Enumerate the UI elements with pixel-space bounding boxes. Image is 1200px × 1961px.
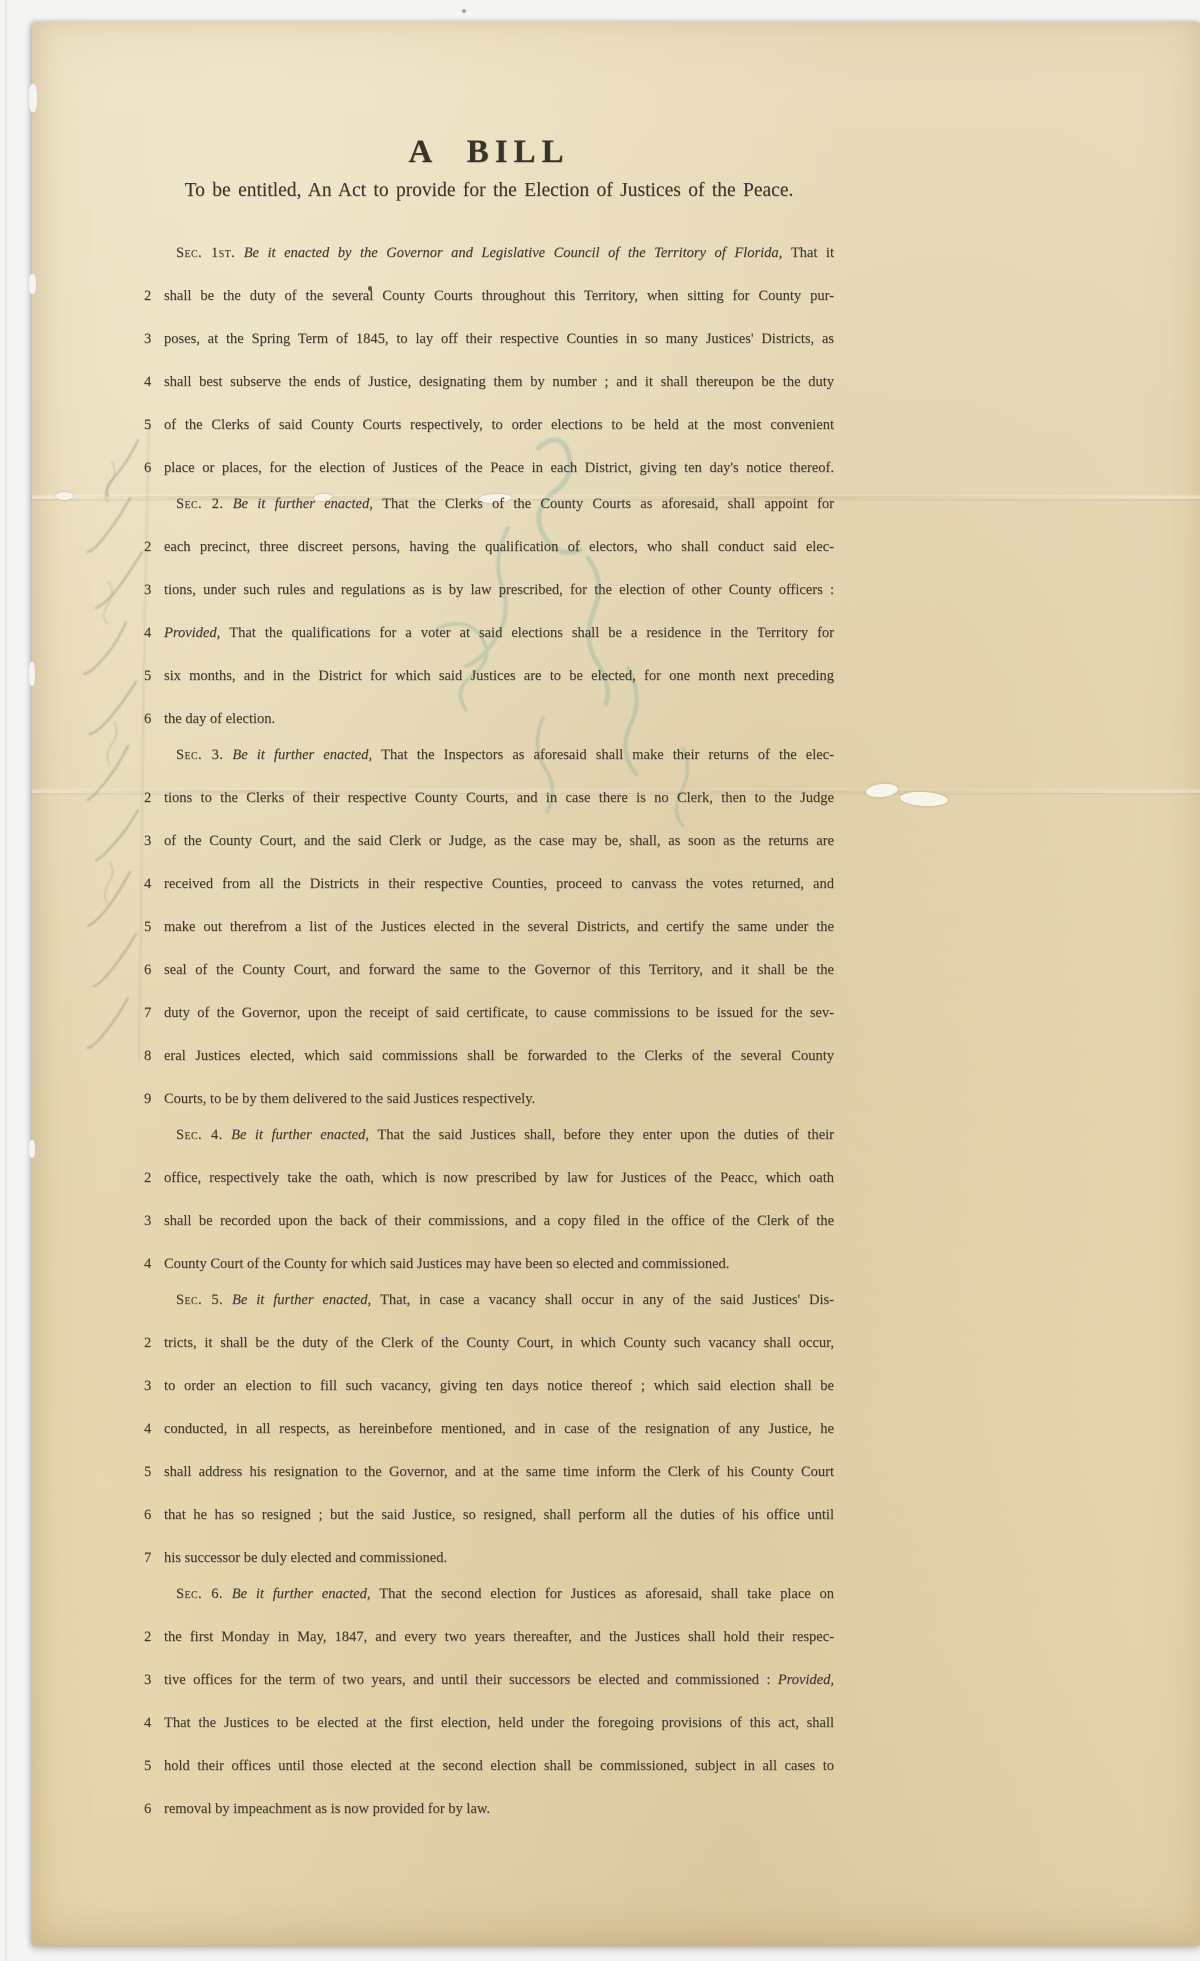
bill-text-block: A BILL To be entitled, An Act to provide… bbox=[144, 134, 834, 1831]
bill-line: 5make out therefrom a list of the Justic… bbox=[144, 906, 834, 949]
line-number: 3 bbox=[144, 820, 160, 863]
section-label: Sec. 5. bbox=[176, 1292, 223, 1308]
line-number: 2 bbox=[144, 1616, 160, 1659]
bill-line: 6that he has so resigned ; but the said … bbox=[144, 1494, 834, 1537]
bill-line: 2tions to the Clerks of their respective… bbox=[144, 777, 834, 820]
tear-mark bbox=[865, 782, 898, 798]
section-heading-line: Sec. 3. Be it further enacted, That the … bbox=[144, 734, 834, 777]
bill-line: 2each precinct, three discreet persons, … bbox=[144, 526, 834, 569]
line-number: 3 bbox=[144, 1659, 160, 1702]
paper-chip bbox=[56, 492, 73, 500]
bill-line: 2office, respectively take the oath, whi… bbox=[144, 1157, 834, 1200]
line-text: make out therefrom a list of the Justice… bbox=[164, 919, 834, 935]
bill-section-6: Sec. 6. Be it further enacted, That the … bbox=[144, 1573, 834, 1831]
line-number: 2 bbox=[144, 1322, 160, 1365]
line-text: office, respectively take the oath, whic… bbox=[164, 1170, 834, 1186]
paper-edge-notch bbox=[29, 84, 37, 112]
bill-title: A BILL bbox=[144, 134, 834, 170]
line-number: 3 bbox=[144, 569, 160, 612]
line-text: That the qualifications for a voter at s… bbox=[229, 625, 834, 641]
line-number: 6 bbox=[144, 1788, 160, 1831]
line-number: 3 bbox=[144, 1200, 160, 1243]
line-text: That the Justices to be elected at the f… bbox=[164, 1715, 834, 1731]
heading-text: That the said Justices shall, before the… bbox=[377, 1127, 834, 1143]
line-number: 4 bbox=[144, 612, 160, 655]
bill-line: 7duty of the Governor, upon the receipt … bbox=[144, 992, 834, 1035]
line-number: 2 bbox=[144, 526, 160, 569]
bill-section-2: Sec. 2. Be it further enacted, That the … bbox=[144, 483, 834, 741]
document-paper: A BILL To be entitled, An Act to provide… bbox=[32, 22, 1200, 1946]
paper-edge-notch bbox=[29, 1140, 35, 1158]
italic-tail: Provided, bbox=[770, 1672, 834, 1688]
line-text: removal by impeachment as is now provide… bbox=[164, 1801, 490, 1817]
dust-speck bbox=[462, 9, 466, 13]
line-text: County Court of the County for which sai… bbox=[164, 1256, 729, 1272]
enacting-clause: Be it enacted by the Governor and Legisl… bbox=[235, 245, 791, 261]
line-number: 5 bbox=[144, 1451, 160, 1494]
section-label: Sec. 1st. bbox=[176, 245, 235, 261]
bill-line: 2shall be the duty of the several County… bbox=[144, 275, 834, 318]
line-text: shall best subserve the ends of Justice,… bbox=[164, 374, 834, 390]
paper-edge-notch bbox=[29, 274, 36, 294]
section-label: Sec. 2. bbox=[176, 496, 223, 512]
line-text: tions, under such rules and regulations … bbox=[164, 582, 834, 598]
line-text: shall be the duty of the several County … bbox=[164, 288, 834, 304]
bill-line: 5six months, and in the District for whi… bbox=[144, 655, 834, 698]
enacting-clause: Be it further enacted, bbox=[223, 1586, 379, 1602]
line-text: six months, and in the District for whic… bbox=[164, 668, 834, 684]
line-text: Courts, to be by them delivered to the s… bbox=[164, 1091, 535, 1107]
section-label: Sec. 4. bbox=[176, 1127, 223, 1143]
bill-line: 4That the Justices to be elected at the … bbox=[144, 1702, 834, 1745]
enacting-clause: Be it further enacted, bbox=[223, 747, 381, 763]
line-number: 8 bbox=[144, 1035, 160, 1078]
heading-text: That the second election for Justices as… bbox=[379, 1586, 834, 1602]
bill-line: 5shall address his resignation to the Go… bbox=[144, 1451, 834, 1494]
bill-subtitle: To be entitled, An Act to provide for th… bbox=[144, 178, 834, 204]
line-number: 6 bbox=[144, 1494, 160, 1537]
heading-text: That it bbox=[791, 245, 834, 261]
line-text: conducted, in all respects, as hereinbef… bbox=[164, 1421, 834, 1437]
enacting-clause: Be it further enacted, bbox=[223, 1292, 380, 1308]
line-text: tricts, it shall be the duty of the Cler… bbox=[164, 1335, 834, 1351]
bill-line: 3of the County Court, and the said Clerk… bbox=[144, 820, 834, 863]
section-label: Sec. 3. bbox=[176, 747, 223, 763]
heading-text: That the Clerks of the County Courts as … bbox=[382, 496, 834, 512]
line-text: of the County Court, and the said Clerk … bbox=[164, 833, 834, 849]
bill-line: 6seal of the County Court, and forward t… bbox=[144, 949, 834, 992]
line-text: each precinct, three discreet persons, h… bbox=[164, 539, 834, 555]
bill-sections: Sec. 1st. Be it enacted by the Governor … bbox=[144, 232, 834, 1831]
line-text: hold their offices until those elected a… bbox=[164, 1758, 834, 1774]
bill-line: 2the first Monday in May, 1847, and ever… bbox=[144, 1616, 834, 1659]
line-number: 3 bbox=[144, 1365, 160, 1408]
bill-section-5: Sec. 5. Be it further enacted, That, in … bbox=[144, 1279, 834, 1580]
line-text: his successor be duly elected and commis… bbox=[164, 1550, 447, 1566]
bill-line: 8eral Justices elected, which said commi… bbox=[144, 1035, 834, 1078]
bill-line: 3to order an election to fill such vacan… bbox=[144, 1365, 834, 1408]
line-text: received from all the Districts in their… bbox=[164, 876, 834, 892]
line-number: 4 bbox=[144, 361, 160, 404]
line-text: the day of election. bbox=[164, 711, 275, 727]
italic-lead: Provided, bbox=[164, 625, 229, 641]
line-text: to order an election to fill such vacanc… bbox=[164, 1378, 834, 1394]
section-heading-line: Sec. 6. Be it further enacted, That the … bbox=[144, 1573, 834, 1616]
line-number: 2 bbox=[144, 1157, 160, 1200]
section-heading-line: Sec. 1st. Be it enacted by the Governor … bbox=[144, 232, 834, 275]
bill-line: 5hold their offices until those elected … bbox=[144, 1745, 834, 1788]
line-text: place or places, for the election of Jus… bbox=[164, 460, 834, 476]
bill-line: 3shall be recorded upon the back of thei… bbox=[144, 1200, 834, 1243]
scanned-page-background: { "page": { "background_color": "#f4f4f2… bbox=[0, 0, 1200, 1961]
line-text: poses, at the Spring Term of 1845, to la… bbox=[164, 331, 834, 347]
tear-mark bbox=[900, 791, 949, 807]
line-number: 3 bbox=[144, 318, 160, 361]
line-number: 5 bbox=[144, 655, 160, 698]
bill-line: 3tive offices for the term of two years,… bbox=[144, 1659, 834, 1702]
bill-line: 4Provided, That the qualifications for a… bbox=[144, 612, 834, 655]
bill-line: 3tions, under such rules and regulations… bbox=[144, 569, 834, 612]
line-number: 4 bbox=[144, 863, 160, 906]
bill-line: 6removal by impeachment as is now provid… bbox=[144, 1788, 834, 1831]
bill-line: 5of the Clerks of said County Courts res… bbox=[144, 404, 834, 447]
section-heading-line: Sec. 4. Be it further enacted, That the … bbox=[144, 1114, 834, 1157]
line-number: 5 bbox=[144, 1745, 160, 1788]
bill-line: 3poses, at the Spring Term of 1845, to l… bbox=[144, 318, 834, 361]
bill-line: 4shall best subserve the ends of Justice… bbox=[144, 361, 834, 404]
section-heading-line: Sec. 5. Be it further enacted, That, in … bbox=[144, 1279, 834, 1322]
line-text: tions to the Clerks of their respective … bbox=[164, 790, 834, 806]
line-text: tive offices for the term of two years, … bbox=[164, 1672, 770, 1688]
line-number: 4 bbox=[144, 1408, 160, 1451]
line-number: 7 bbox=[144, 992, 160, 1035]
line-number: 6 bbox=[144, 949, 160, 992]
section-heading-line: Sec. 2. Be it further enacted, That the … bbox=[144, 483, 834, 526]
line-number: 4 bbox=[144, 1702, 160, 1745]
line-text: seal of the County Court, and forward th… bbox=[164, 962, 834, 978]
enacting-clause: Be it further enacted, bbox=[223, 496, 382, 512]
line-number: 5 bbox=[144, 404, 160, 447]
enacting-clause: Be it further enacted, bbox=[223, 1127, 378, 1143]
scanner-bed-edge bbox=[5, 0, 7, 1961]
bill-line: 4received from all the Districts in thei… bbox=[144, 863, 834, 906]
line-text: duty of the Governor, upon the receipt o… bbox=[164, 1005, 834, 1021]
bill-section-4: Sec. 4. Be it further enacted, That the … bbox=[144, 1114, 834, 1286]
bill-line: 2tricts, it shall be the duty of the Cle… bbox=[144, 1322, 834, 1365]
line-text: that he has so resigned ; but the said J… bbox=[164, 1507, 834, 1523]
bill-section-1: Sec. 1st. Be it enacted by the Governor … bbox=[144, 232, 834, 490]
line-text: shall be recorded upon the back of their… bbox=[164, 1213, 834, 1229]
section-label: Sec. 6. bbox=[176, 1586, 223, 1602]
heading-text: That the Inspectors as aforesaid shall m… bbox=[381, 747, 834, 763]
heading-text: That, in case a vacancy shall occur in a… bbox=[380, 1292, 834, 1308]
line-number: 5 bbox=[144, 906, 160, 949]
line-text: the first Monday in May, 1847, and every… bbox=[164, 1629, 834, 1645]
line-text: of the Clerks of said County Courts resp… bbox=[164, 417, 834, 433]
line-text: shall address his resignation to the Gov… bbox=[164, 1464, 834, 1480]
line-number: 2 bbox=[144, 777, 160, 820]
bill-section-3: Sec. 3. Be it further enacted, That the … bbox=[144, 734, 834, 1121]
bill-line: 4conducted, in all respects, as hereinbe… bbox=[144, 1408, 834, 1451]
line-number: 2 bbox=[144, 275, 160, 318]
paper-edge-notch bbox=[29, 662, 35, 686]
line-text: eral Justices elected, which said commis… bbox=[164, 1048, 834, 1064]
